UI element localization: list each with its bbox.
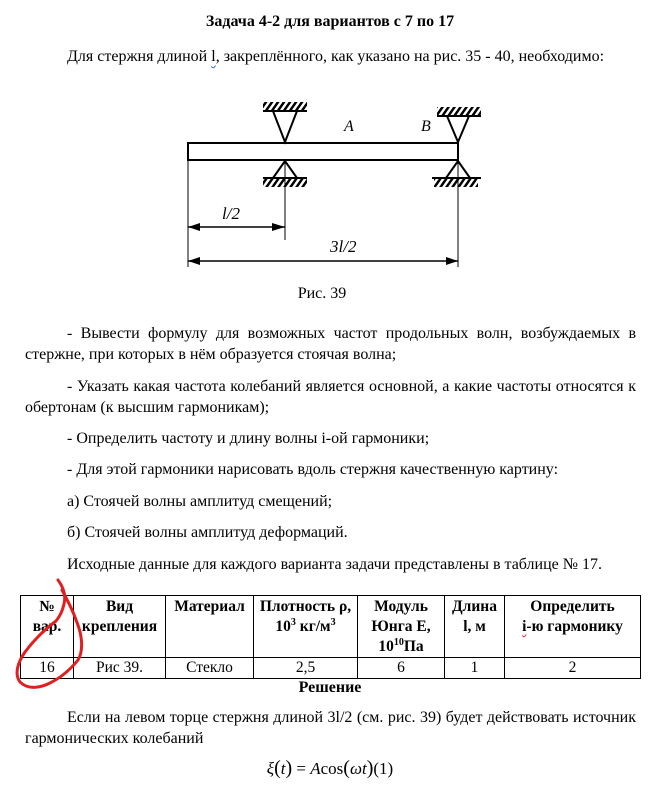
header-youngs-modulus: Модуль Юнга E, 1010Па xyxy=(358,596,445,658)
label-b: B xyxy=(421,118,431,135)
label-a: A xyxy=(343,118,354,135)
cell-harmonic: 2 xyxy=(505,658,641,679)
cell-density: 2,5 xyxy=(254,658,358,679)
figure-caption: Рис. 39 xyxy=(298,285,347,302)
dimension-half-length: l/2 xyxy=(222,204,240,223)
task-item-3: - Определить частоту и длину волны i-ой … xyxy=(25,428,636,449)
header-material: Материал xyxy=(166,596,254,658)
task-item-5: а) Стоячей волны амплитуд смещений; xyxy=(25,491,636,512)
task-item-2: - Указать какая частота колебаний являет… xyxy=(25,376,636,418)
formula-1: ξ(t) = Acos(ωt)(1) xyxy=(0,757,660,780)
variant-data-table: № вар. Вид крепления Материал Плотность … xyxy=(20,595,641,679)
table-header-row: № вар. Вид крепления Материал Плотность … xyxy=(21,596,641,658)
dimension-total-length: 3l/2 xyxy=(329,237,357,256)
table-intro: Исходные данные для каждого варианта зад… xyxy=(25,554,636,575)
header-variant: № вар. xyxy=(21,596,74,658)
cell-variant: 16 xyxy=(21,658,74,679)
task-item-6: б) Стоячей волны амплитуд деформаций. xyxy=(25,522,636,543)
solution-paragraph: Если на левом торце стержня длиной 3l/2 … xyxy=(25,707,636,749)
solution-heading: Решение xyxy=(0,679,660,697)
header-density: Плотность ρ, 103 кг/м3 xyxy=(254,596,358,658)
figure-rod-diagram: A B l/2 3l/2 Рис. 39 xyxy=(0,0,660,310)
cell-mount: Рис 39. xyxy=(74,658,166,679)
cell-youngs-modulus: 6 xyxy=(358,658,445,679)
header-mount: Вид крепления xyxy=(74,596,166,658)
cell-length: 1 xyxy=(445,658,505,679)
header-harmonic: Определитьi-ю гармонику xyxy=(505,596,641,658)
task-item-1: - Вывести формулу для возможных частот п… xyxy=(25,323,636,365)
cell-material: Стекло xyxy=(166,658,254,679)
header-length: Длина l, м xyxy=(445,596,505,658)
rod xyxy=(188,143,458,160)
table-row: 16 Рис 39. Стекло 2,5 6 1 2 xyxy=(21,658,641,679)
task-item-4: - Для этой гармоники нарисовать вдоль ст… xyxy=(25,459,636,480)
